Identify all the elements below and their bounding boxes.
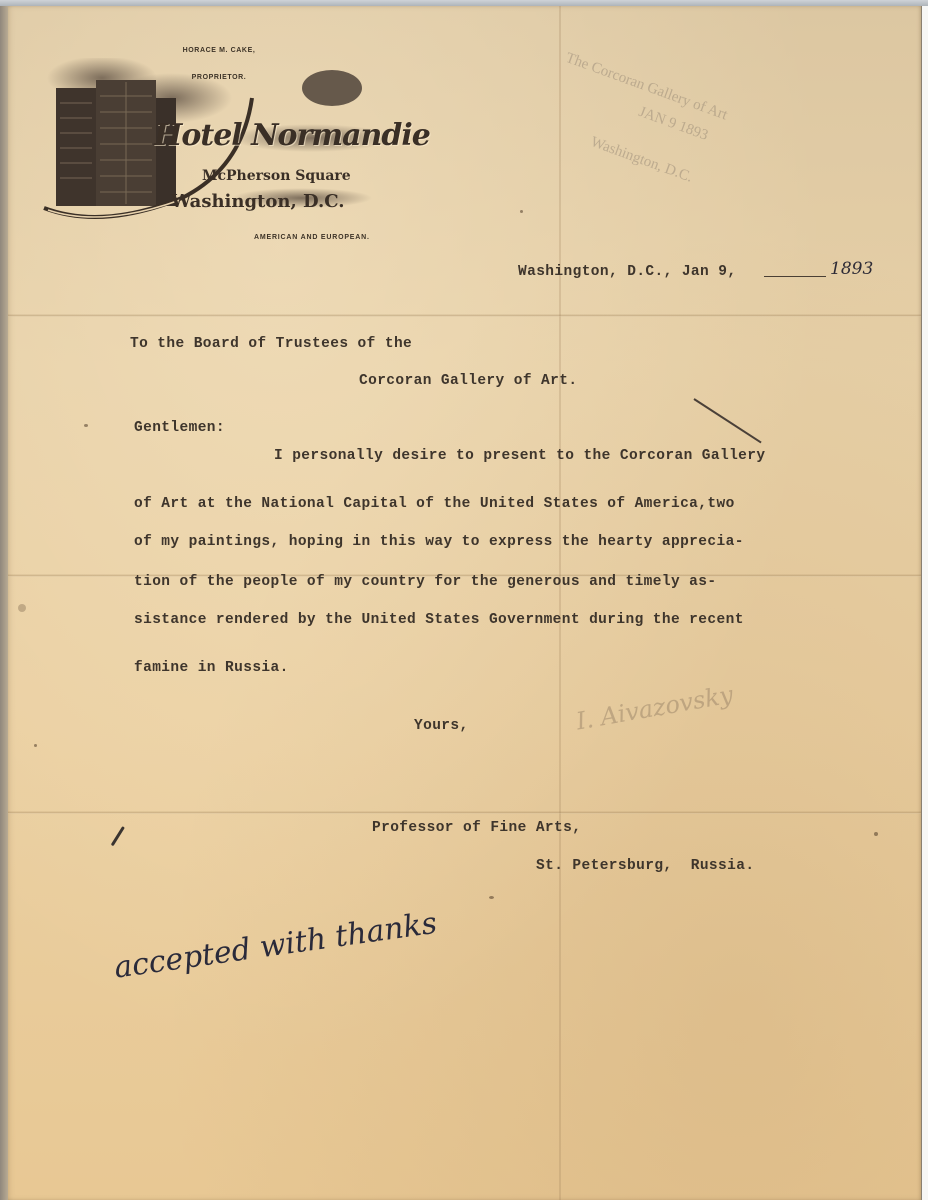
- paper-speck: [874, 832, 878, 836]
- letter-page: HORACE M. CAKE, PROPRIETOR.: [4, 6, 922, 1200]
- vertical-fold-crease: [559, 6, 561, 1200]
- hotel-name: Hotel Normandie: [154, 118, 430, 153]
- hotel-city: Washington, D.C.: [171, 191, 345, 212]
- proprietor-name: HORACE M. CAKE,: [154, 46, 284, 55]
- dateline: Washington, D.C., Jan 9,: [518, 264, 736, 280]
- closing: Yours,: [414, 718, 469, 734]
- scan-left-edge: [0, 6, 8, 1200]
- pencil-stroke-mark: [693, 398, 761, 443]
- body-line: tion of the people of my country for the…: [134, 574, 717, 590]
- handwritten-year: 1893: [830, 259, 873, 279]
- paper-stain: [18, 604, 26, 612]
- scan-right-edge: [921, 6, 928, 1200]
- horizontal-fold-crease: [4, 811, 922, 814]
- handwritten-annotation: accepted with thanks: [112, 906, 439, 986]
- horizontal-fold-crease: [4, 314, 922, 317]
- body-line: famine in Russia.: [134, 660, 289, 676]
- ink-tick-mark: [111, 826, 125, 846]
- salutation: Gentlemen:: [134, 420, 225, 436]
- signature-title: Professor of Fine Arts,: [372, 820, 581, 836]
- body-line: of my paintings, hoping in this way to e…: [134, 534, 744, 550]
- paper-speck: [84, 424, 88, 427]
- faded-signature: I. Aivazovsky: [574, 680, 735, 735]
- body-line: of Art at the National Capital of the Un…: [134, 496, 735, 512]
- letterhead-plan: AMERICAN AND EUROPEAN.: [254, 234, 370, 241]
- hotel-address: McPherson Square: [202, 168, 351, 184]
- paper-speck: [489, 896, 494, 899]
- paper-speck: [520, 210, 523, 213]
- body-line: sistance rendered by the United States G…: [134, 612, 744, 628]
- body-line: I personally desire to present to the Co…: [274, 448, 765, 464]
- recipient-line-2: Corcoran Gallery of Art.: [359, 373, 577, 389]
- date-underline: [764, 276, 826, 277]
- paper-speck: [34, 744, 37, 747]
- recipient-line-1: To the Board of Trustees of the: [130, 336, 412, 352]
- signature-location: St. Petersburg, Russia.: [536, 858, 754, 874]
- received-stamp-line-3: Washington, D.C.: [588, 134, 694, 187]
